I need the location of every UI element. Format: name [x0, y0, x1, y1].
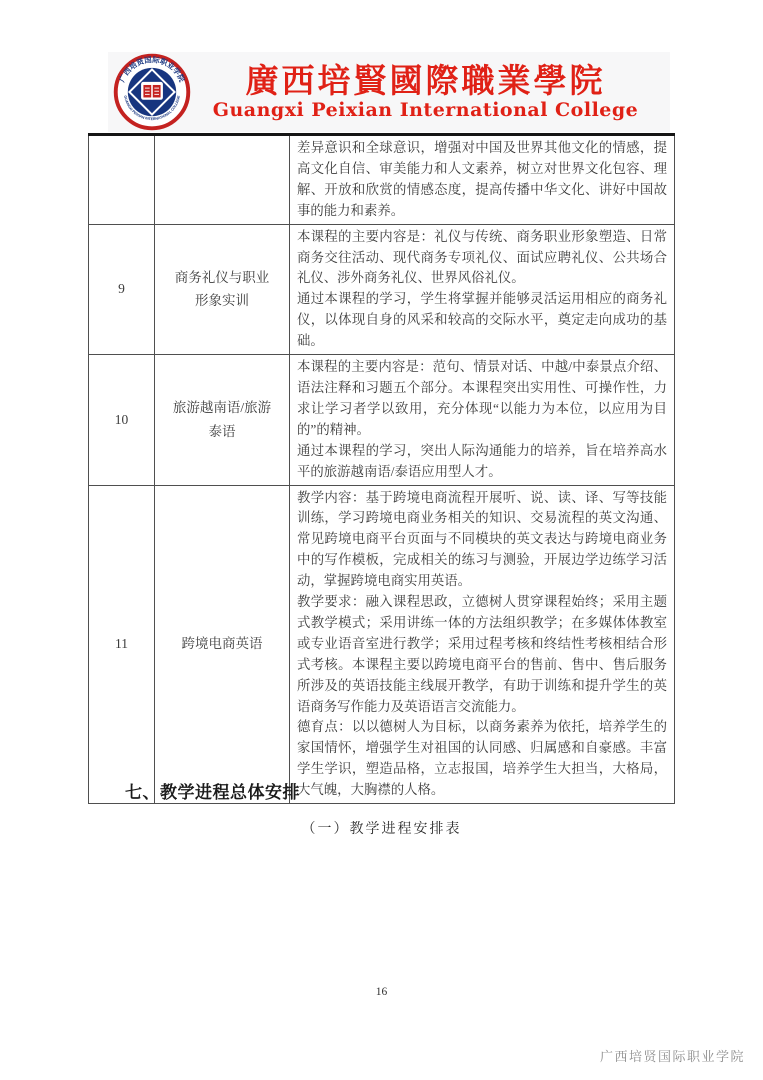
- course-description-paragraph: 本课程的主要内容是：礼仪与传统、商务职业形象塑造、日常商务交往活动、现代商务专项…: [297, 227, 667, 290]
- table-row-9: 9 商务礼仪与职业形象实训 本课程的主要内容是：礼仪与传统、商务职业形象塑造、日…: [89, 224, 675, 354]
- college-seal-icon: 广西培贤国际职业学院 GUANGXI PEIXIAN INTERNATIONAL…: [113, 53, 191, 131]
- course-name-cell: 跨境电商英语: [155, 485, 290, 804]
- course-number-cell: 10: [89, 355, 155, 485]
- course-description-paragraph: 教学要求：融入课程思政，立德树人贯穿课程始终；采用主题式教学模式；采用讲练一体的…: [297, 592, 667, 717]
- table-row-continued: 差异意识和全球意识，增强对中国及世界其他文化的情感，提高文化自信、审美能力和人文…: [89, 135, 675, 225]
- course-name-cell: 旅游越南语/旅游泰语: [155, 355, 290, 485]
- footer-watermark: 广西培贤国际职业学院: [600, 1046, 745, 1065]
- section-heading: 七、教学进程总体安排: [125, 778, 300, 803]
- table-row-11: 11 跨境电商英语 教学内容：基于跨境电商流程开展听、说、读、译、写等技能训练，…: [89, 485, 675, 804]
- course-description-paragraph: 德育点：以以德树人为目标，以商务素养为依托，培养学生的家国情怀，增强学生对祖国的…: [297, 717, 667, 801]
- document-page: 广西培贤国际职业学院 GUANGXI PEIXIAN INTERNATIONAL…: [0, 0, 763, 1080]
- college-name-zh: 廣西培賢國際職業學院: [191, 63, 660, 99]
- course-name-cell: [155, 135, 290, 225]
- course-description-cell: 差异意识和全球意识，增强对中国及世界其他文化的情感，提高文化自信、审美能力和人文…: [290, 135, 675, 225]
- course-description-cell: 本课程的主要内容是：范句、情景对话、中越/中泰景点介绍、语法注释和习题五个部分。…: [290, 355, 675, 485]
- course-description-paragraph: 差异意识和全球意识，增强对中国及世界其他文化的情感，提高文化自信、审美能力和人文…: [297, 138, 667, 222]
- college-logo-icon: 广西培贤国际职业学院 GUANGXI PEIXIAN INTERNATIONAL…: [113, 53, 191, 131]
- course-name-cell: 商务礼仪与职业形象实训: [155, 224, 290, 354]
- course-description-paragraph: 通过本课程的学习，学生将掌握并能够灵活运用相应的商务礼仪，以体现自身的风采和较高…: [297, 289, 667, 352]
- course-description-paragraph: 本课程的主要内容是：范句、情景对话、中越/中泰景点介绍、语法注释和习题五个部分。…: [297, 357, 667, 441]
- course-description-cell: 教学内容：基于跨境电商流程开展听、说、读、译、写等技能训练，学习跨境电商业务相关…: [290, 485, 675, 804]
- course-number-cell: 9: [89, 224, 155, 354]
- page-number: 16: [0, 986, 763, 998]
- letterhead-text: 廣西培賢國際職業學院 Guangxi Peixian International…: [191, 63, 670, 121]
- course-description-paragraph: 教学内容：基于跨境电商流程开展听、说、读、译、写等技能训练，学习跨境电商业务相关…: [297, 488, 667, 593]
- section-subheading: （一）教学进程安排表: [0, 818, 763, 838]
- course-table: 差异意识和全球意识，增强对中国及世界其他文化的情感，提高文化自信、审美能力和人文…: [88, 133, 675, 804]
- letterhead: 广西培贤国际职业学院 GUANGXI PEIXIAN INTERNATIONAL…: [108, 52, 670, 132]
- college-name-en: Guangxi Peixian International College: [191, 99, 660, 121]
- course-description-paragraph: 通过本课程的学习，突出人际沟通能力的培养，旨在培养高水平的旅游越南语/泰语应用型…: [297, 441, 667, 483]
- table-row-10: 10 旅游越南语/旅游泰语 本课程的主要内容是：范句、情景对话、中越/中泰景点介…: [89, 355, 675, 485]
- course-number-cell: 11: [89, 485, 155, 804]
- course-number-cell: [89, 135, 155, 225]
- course-description-cell: 本课程的主要内容是：礼仪与传统、商务职业形象塑造、日常商务交往活动、现代商务专项…: [290, 224, 675, 354]
